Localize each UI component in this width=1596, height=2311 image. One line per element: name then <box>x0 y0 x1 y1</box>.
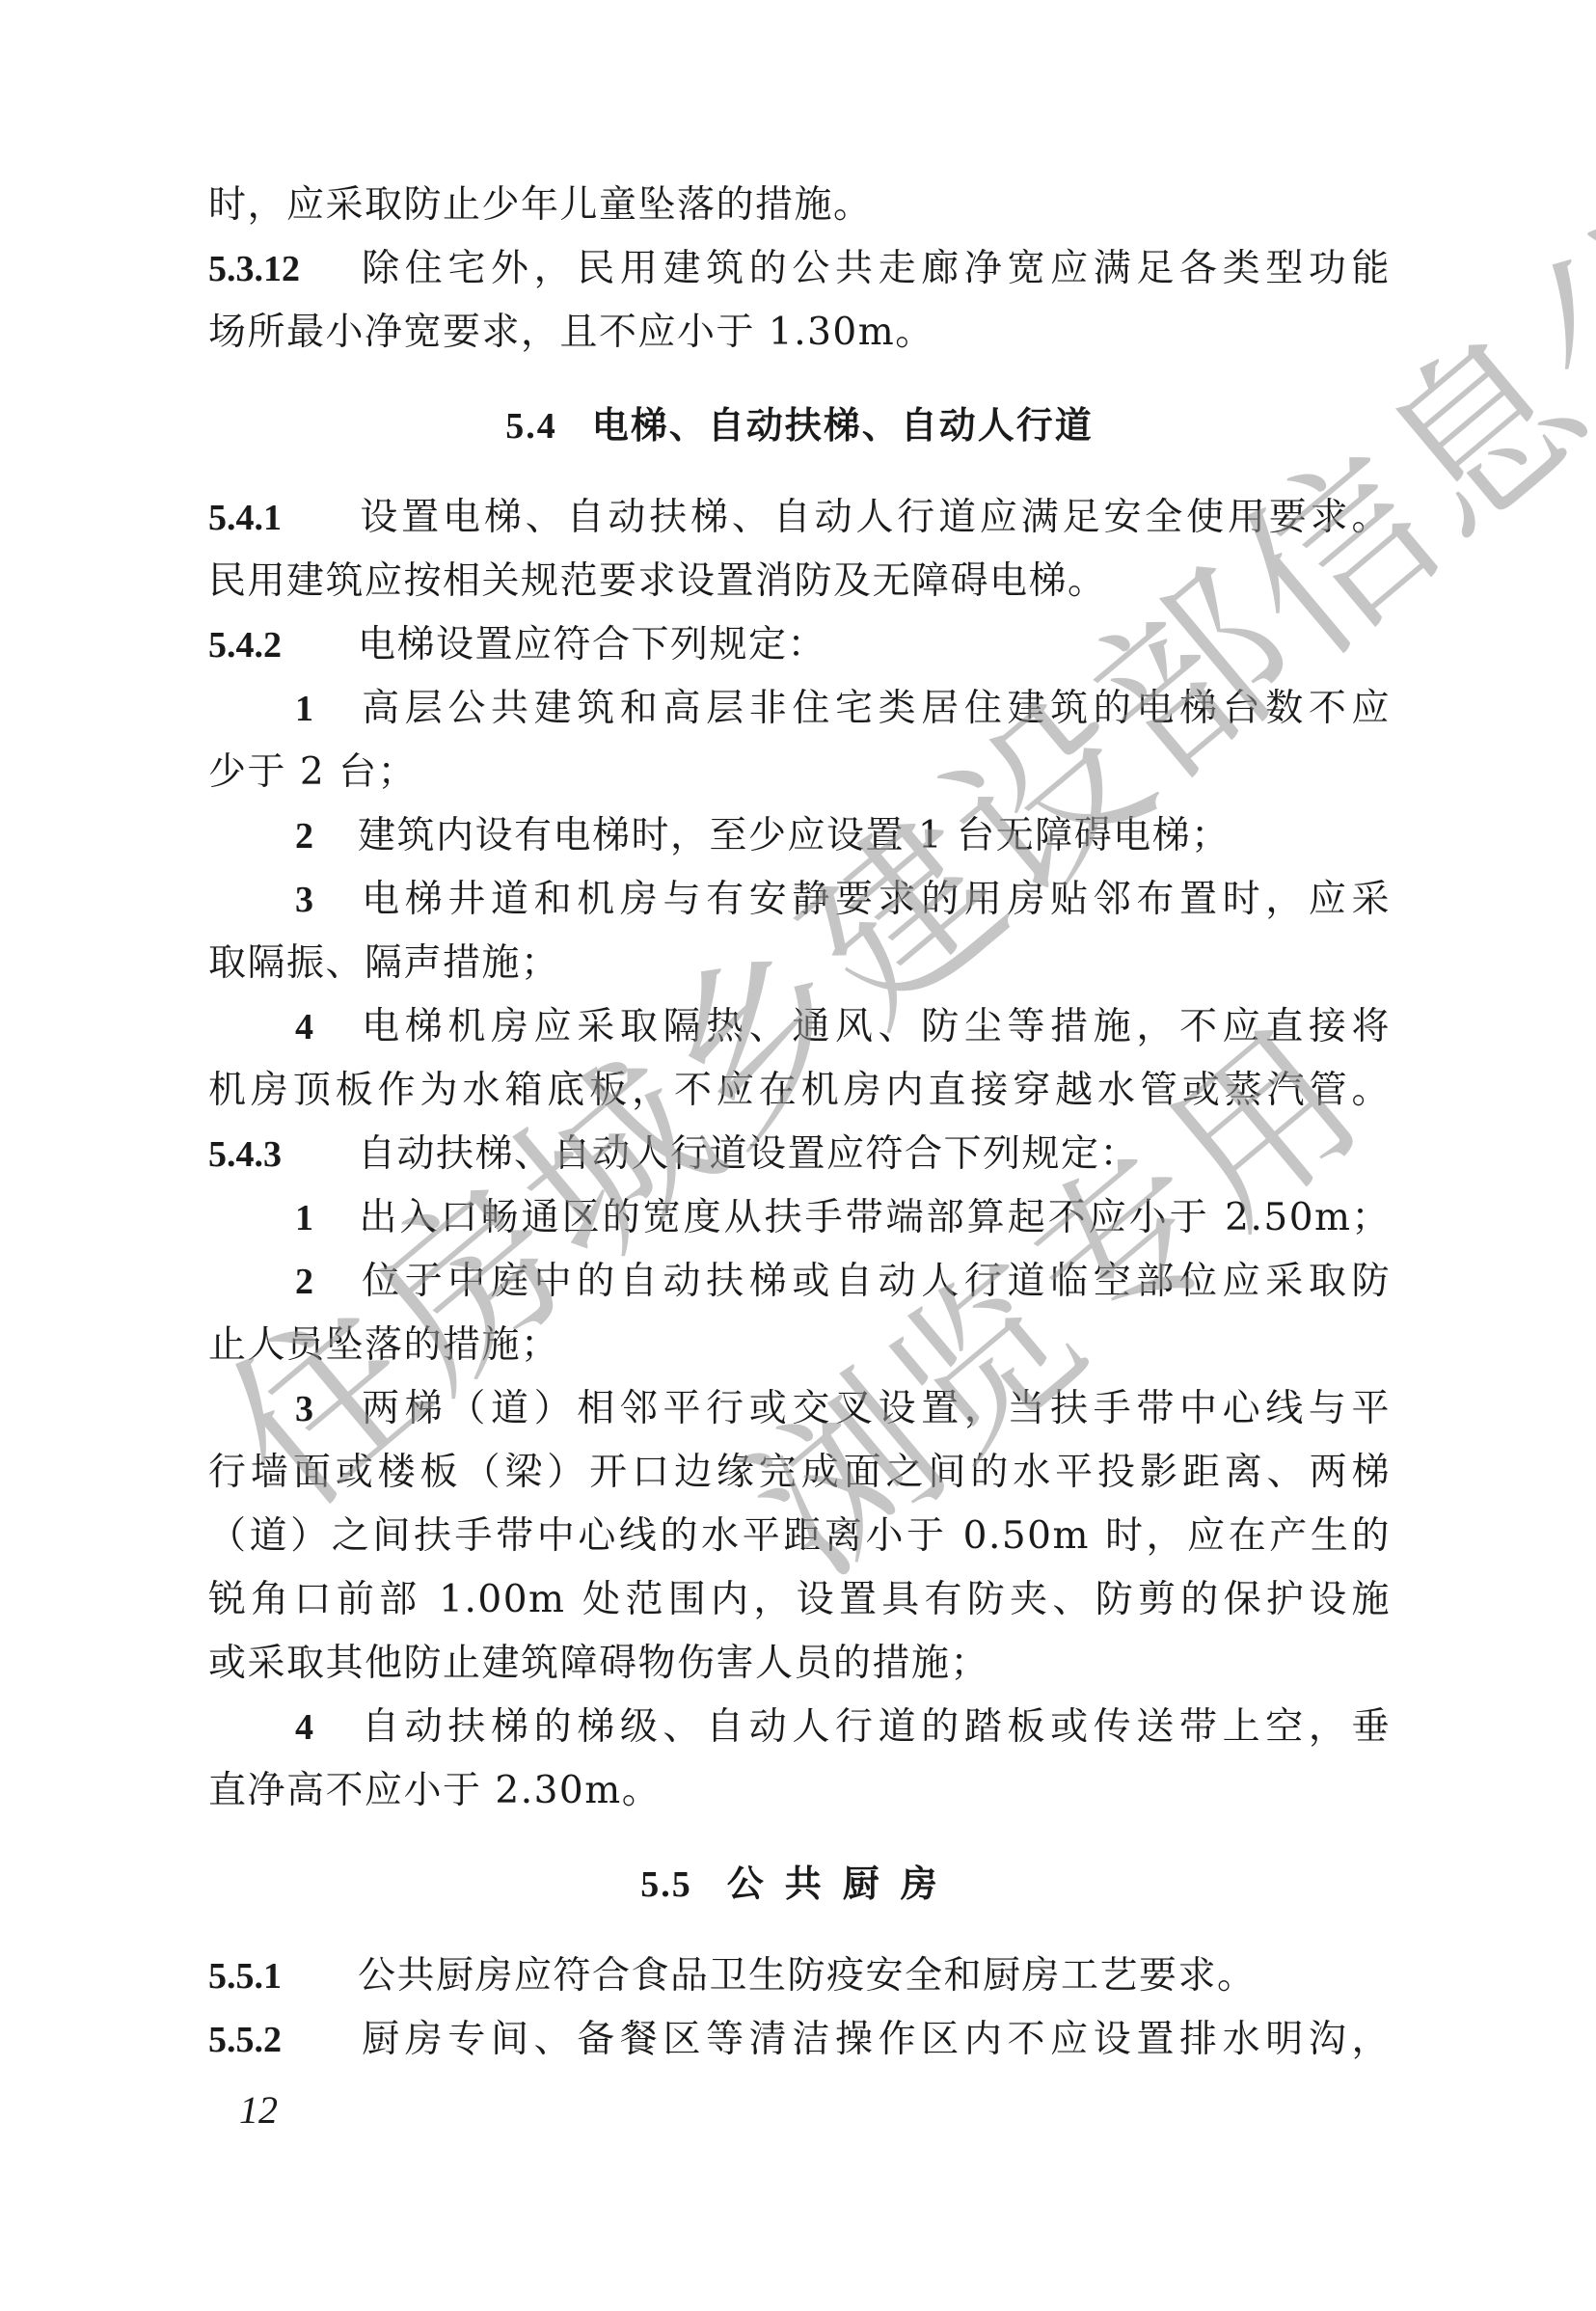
text-line: 时，应采取防止少年儿童坠落的措施。 <box>208 183 873 227</box>
text-line: 直净高不应小于 2.30m。 <box>208 1769 661 1812</box>
list-item-cont: 或采取其他防止建筑障碍物伤害人员的措施； <box>208 1632 1391 1696</box>
page-number: 12 <box>239 2087 278 2133</box>
list-item-5-4-2-2: 2建筑内设有电梯时，至少应设置 1 台无障碍电梯； <box>208 804 1391 868</box>
text-line: 取隔振、隔声措施； <box>208 941 560 985</box>
text-line: 民用建筑应按相关规范要求设置消防及无障碍电梯。 <box>208 559 1107 603</box>
item-number: 2 <box>295 1250 358 1314</box>
text-line: 止人员坠落的措施； <box>208 1323 560 1367</box>
list-item-5-4-2-4: 4电梯机房应采取隔热、通风、防尘等措施，不应直接将 <box>208 995 1391 1059</box>
text-line: 自动扶梯的梯级、自动人行道的踏板或传送带上空，垂 <box>358 1705 1391 1749</box>
body-text: 时，应采取防止少年儿童坠落的措施。 5.3.12除住宅外，民用建筑的公共走廊净宽… <box>208 174 1391 2072</box>
clause-number: 5.4.2 <box>208 613 358 677</box>
clause-number: 5.3.12 <box>208 237 358 301</box>
text-line: 或采取其他防止建筑障碍物伤害人员的措施； <box>208 1642 989 1685</box>
text-line: 机房顶板作为水箱底板，不应在机房内直接穿越水管或蒸汽管。 <box>208 1069 1391 1112</box>
list-item-cont: 直净高不应小于 2.30m。 <box>208 1759 1391 1823</box>
section-number: 5.5 <box>640 1864 692 1905</box>
list-item-cont: 机房顶板作为水箱底板，不应在机房内直接穿越水管或蒸汽管。 <box>208 1059 1391 1123</box>
text-line: 位于中庭中的自动扶梯或自动人行道临空部位应采取防 <box>358 1260 1391 1303</box>
document-page: 时，应采取防止少年儿童坠落的措施。 5.3.12除住宅外，民用建筑的公共走廊净宽… <box>0 0 1596 2311</box>
clause-5-4-1-cont: 民用建筑应按相关规范要求设置消防及无障碍电梯。 <box>208 550 1391 613</box>
clause-number: 5.5.1 <box>208 1944 358 2008</box>
section-title: 公共厨房 <box>727 1862 959 1905</box>
text-line: 自动扶梯、自动人行道设置应符合下列规定： <box>358 1132 1139 1176</box>
item-number: 1 <box>295 677 358 741</box>
list-item-cont: 行墙面或楼板（梁）开口边缘完成面之间的水平投影距离、两梯 <box>208 1441 1391 1505</box>
list-item-5-4-2-3: 3电梯井道和机房与有安静要求的用房贴邻布置时，应采 <box>208 868 1391 932</box>
clause-5-3-12: 5.3.12除住宅外，民用建筑的公共走廊净宽应满足各类型功能 <box>208 237 1391 301</box>
text-line: 设置电梯、自动扶梯、自动人行道应满足安全使用要求。 <box>358 496 1391 539</box>
text-line: 建筑内设有电梯时，至少应设置 1 台无障碍电梯； <box>358 814 1231 857</box>
list-item-cont: 少于 2 台； <box>208 741 1391 804</box>
list-item-5-4-3-4: 4自动扶梯的梯级、自动人行道的踏板或传送带上空，垂 <box>208 1696 1391 1759</box>
list-item-5-4-3-2: 2位于中庭中的自动扶梯或自动人行道临空部位应采取防 <box>208 1250 1391 1314</box>
text-line: 行墙面或楼板（梁）开口边缘完成面之间的水平投影距离、两梯 <box>208 1451 1391 1494</box>
clause-5-5-1: 5.5.1公共厨房应符合食品卫生防疫安全和厨房工艺要求。 <box>208 1944 1391 2008</box>
item-number: 4 <box>295 995 358 1059</box>
section-heading-5-4: 5.4电梯、自动扶梯、自动人行道 <box>208 394 1391 457</box>
text-line: 电梯井道和机房与有安静要求的用房贴邻布置时，应采 <box>358 878 1391 921</box>
list-item-cont: 锐角口前部 1.00m 处范围内，设置具有防夹、防剪的保护设施 <box>208 1568 1391 1632</box>
list-item-cont: 取隔振、隔声措施； <box>208 932 1391 995</box>
text-line: 场所最小净宽要求，且不应小于 1.30m。 <box>208 311 934 354</box>
clause-number: 5.5.2 <box>208 2008 358 2072</box>
text-line: 电梯设置应符合下列规定： <box>358 623 826 666</box>
section-number: 5.4 <box>505 406 557 447</box>
item-number: 2 <box>295 804 358 868</box>
text-line: 高层公共建筑和高层非住宅类居住建筑的电梯台数不应 <box>358 687 1391 730</box>
list-item-5-4-3-3: 3两梯（道）相邻平行或交叉设置，当扶手带中心线与平 <box>208 1377 1391 1441</box>
text-line: 厨房专间、备餐区等清洁操作区内不应设置排水明沟， <box>358 2018 1391 2061</box>
text-line: 公共厨房应符合食品卫生防疫安全和厨房工艺要求。 <box>358 1954 1257 1998</box>
item-number: 3 <box>295 868 358 932</box>
text-line: 出入口畅通区的宽度从扶手带端部算起不应小于 2.50m； <box>358 1196 1391 1239</box>
list-item-5-4-2-1: 1高层公共建筑和高层非住宅类居住建筑的电梯台数不应 <box>208 677 1391 741</box>
clause-number: 5.4.3 <box>208 1123 358 1186</box>
clause-5-3-12-cont: 场所最小净宽要求，且不应小于 1.30m。 <box>208 301 1391 365</box>
text-line: （道）之间扶手带中心线的水平距离小于 0.50m 时，应在产生的 <box>208 1514 1391 1558</box>
section-title: 电梯、自动扶梯、自动人行道 <box>592 404 1094 447</box>
item-number: 1 <box>295 1186 358 1250</box>
list-item-5-4-3-1: 1出入口畅通区的宽度从扶手带端部算起不应小于 2.50m； <box>208 1186 1391 1250</box>
text-line: 电梯机房应采取隔热、通风、防尘等措施，不应直接将 <box>358 1005 1391 1048</box>
section-heading-5-5: 5.5公共厨房 <box>208 1852 1391 1916</box>
clause-number: 5.4.1 <box>208 486 358 550</box>
clause-5-5-2: 5.5.2厨房专间、备餐区等清洁操作区内不应设置排水明沟， <box>208 2008 1391 2072</box>
clause-5-4-2: 5.4.2电梯设置应符合下列规定： <box>208 613 1391 677</box>
text-line: 两梯（道）相邻平行或交叉设置，当扶手带中心线与平 <box>358 1387 1391 1430</box>
clause-5-4-3: 5.4.3自动扶梯、自动人行道设置应符合下列规定： <box>208 1123 1391 1186</box>
list-item-cont: （道）之间扶手带中心线的水平距离小于 0.50m 时，应在产生的 <box>208 1505 1391 1568</box>
paragraph-continuation: 时，应采取防止少年儿童坠落的措施。 <box>208 174 1391 237</box>
text-line: 除住宅外，民用建筑的公共走廊净宽应满足各类型功能 <box>358 247 1391 290</box>
text-line: 少于 2 台； <box>208 750 417 794</box>
clause-5-4-1: 5.4.1设置电梯、自动扶梯、自动人行道应满足安全使用要求。 <box>208 486 1391 550</box>
text-line: 锐角口前部 1.00m 处范围内，设置具有防夹、防剪的保护设施 <box>208 1578 1391 1621</box>
item-number: 3 <box>295 1377 358 1441</box>
item-number: 4 <box>295 1696 358 1759</box>
list-item-cont: 止人员坠落的措施； <box>208 1314 1391 1377</box>
